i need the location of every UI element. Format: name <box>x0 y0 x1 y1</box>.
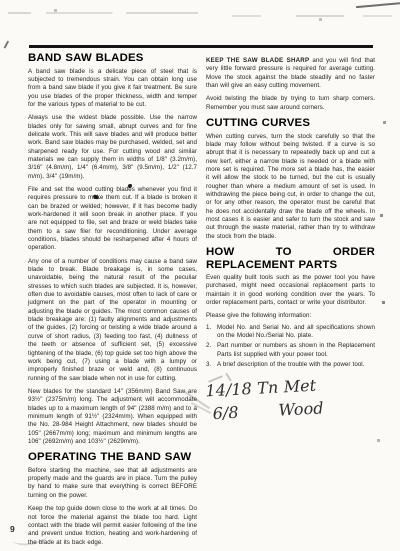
paragraph-top-guide: Keep the top guide down close to the wor… <box>28 505 197 547</box>
list-item-number: 3. <box>206 361 217 369</box>
paragraph-cutting-curves: When cutting curves, turn the stock care… <box>206 133 375 241</box>
heading-cutting-curves: CUTTING CURVES <box>206 117 375 130</box>
ordering-info-list: 1. Model No. and Serial No. and all spec… <box>206 324 375 370</box>
paragraph-replacement-parts: Even quality built tools such as the pow… <box>206 274 375 307</box>
handwritten-word: Wood <box>278 399 324 421</box>
scan-smudge <box>8 12 198 14</box>
margin-pencil-tick <box>4 41 15 52</box>
list-item: 1. Model No. and Serial No. and all spec… <box>206 324 375 341</box>
paragraph-before-starting: Before starting the machine, see that al… <box>28 467 197 500</box>
heading-how-to-order-replacement-parts: HOW TO ORDER REPLACEMENT PARTS <box>206 246 375 271</box>
scan-specks <box>0 0 1 1</box>
scanned-manual-page: BAND SAW BLADES A band saw blade is a de… <box>0 0 400 551</box>
right-column: KEEP THE SAW BLADE SHARP and you will fi… <box>206 57 375 420</box>
left-column: BAND SAW BLADES A band saw blade is a de… <box>28 51 197 551</box>
paragraph-file-and-set: File and set the wood cutting blades whe… <box>28 186 197 253</box>
handwritten-line: 6/8 Wood <box>206 396 376 425</box>
scan-corner-mark <box>356 2 400 8</box>
heading-operating-the-band-saw: OPERATING THE BAND SAW <box>28 451 197 464</box>
section-divider-rule <box>29 45 373 48</box>
page-number: 9 <box>10 524 15 534</box>
heading-band-saw-blades: BAND SAW BLADES <box>28 52 197 65</box>
list-item: 2. Part number or numbers as shown in th… <box>206 342 375 359</box>
list-item-text: Model No. and Serial No. and all specifi… <box>217 324 375 341</box>
paragraph-blade-care-intro: A band saw blade is a delicate piece of … <box>28 68 197 110</box>
list-item-number: 1. <box>206 324 217 341</box>
list-item-number: 2. <box>206 342 217 359</box>
list-item: 3. A brief description of the trouble wi… <box>206 361 375 369</box>
handwritten-fraction: 6/8 <box>212 403 239 424</box>
ordering-list-intro: Please give the following information: <box>206 312 375 320</box>
paragraph-avoid-twisting: Avoid twisting the blade by trying to tu… <box>206 95 375 112</box>
paragraph-blade-widths: Always use the widest blade possible. Us… <box>28 114 197 181</box>
list-item-text: Part number or numbers as shown in the R… <box>217 342 375 359</box>
bold-lead-keep-sharp: KEEP THE SAW BLADE SHARP <box>206 57 309 64</box>
handwritten-note: 14/18 Tn Met 6/8 Wood <box>205 373 376 425</box>
paragraph-blade-breakage: Any one of a number of conditions may ca… <box>28 258 197 383</box>
paragraph-blade-lengths: New blades for the standard 14" (356m/m)… <box>28 388 197 446</box>
paragraph-keep-blade-sharp: KEEP THE SAW BLADE SHARP and you will fi… <box>206 57 375 90</box>
list-item-text: A brief description of the trouble with … <box>217 361 375 369</box>
scan-smudge <box>232 15 392 17</box>
